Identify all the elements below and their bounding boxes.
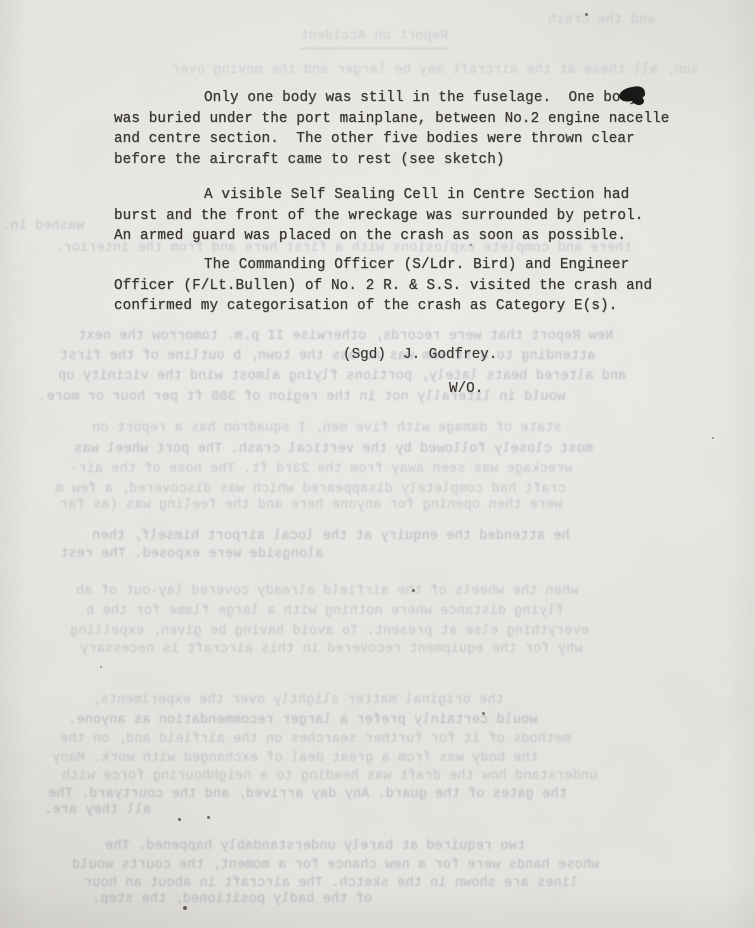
paper-speck	[482, 712, 485, 715]
paragraph-petrol: A visible Self Sealing Cell in Centre Se…	[114, 185, 643, 247]
paper-speck	[712, 437, 714, 439]
typed-line: confirmed my categorisation of the crash…	[114, 296, 652, 317]
bleedthrough-line: flying distance where nothing with a lar…	[86, 603, 564, 621]
bleedthrough-line: would certainly prefer a larger recommen…	[68, 712, 537, 730]
bleedthrough-line: New Report that were records, otherwise …	[78, 328, 613, 346]
bleedthrough-line: whose hands were for a new chance for a …	[72, 857, 599, 875]
bleedthrough-line: lines are shown in the sketch. The aircr…	[84, 875, 578, 893]
paper-speck	[585, 13, 588, 16]
bleedthrough-line: of the badly positioned, the step.	[92, 891, 372, 909]
paper-speck	[183, 906, 187, 910]
bleedthrough-line: washed in.	[2, 218, 84, 236]
bleedthrough-line: everything else at present. To avoid hav…	[70, 623, 589, 641]
bleedthrough-line: the gates of the guard. Any day arrived,…	[48, 786, 567, 804]
bleedthrough-line: the body was from a great deal of exchan…	[52, 750, 538, 768]
bleedthrough-line: when the wheels of the airfield already …	[76, 583, 578, 601]
typed-line: A visible Self Sealing Cell in Centre Se…	[114, 185, 643, 206]
bleedthrough-line: and altered beats lately, portions flyin…	[58, 368, 626, 386]
bleedthrough-line: understand how the draft was heading to …	[62, 768, 597, 786]
bleedthrough-line: two required at barely understandably ha…	[105, 838, 525, 856]
bleedthrough-line: wreckage was seen away from the 23rd ft.…	[70, 461, 572, 479]
bleedthrough-line: he attended the enquiry at the local air…	[92, 528, 570, 546]
paper-speck	[178, 818, 181, 821]
paragraph-officers: The Commanding Officer (S/Ldr. Bird) and…	[114, 255, 652, 317]
paper-speck	[207, 816, 210, 819]
signature-line: (Sgd) J. Godfrey.	[343, 347, 497, 363]
signature-rank: W/O.	[449, 381, 483, 397]
bleedthrough-line: attending to a stream was across the tow…	[60, 348, 595, 366]
bleedthrough-line: son, all these at the aircraft may be la…	[172, 62, 699, 80]
typed-line: and centre section. The other five bodie…	[114, 129, 670, 150]
paragraph-bodies: Only one body was still in the fuselage.…	[114, 88, 670, 171]
paper-speck	[412, 589, 415, 592]
typed-line: was buried under the port mainplane, bet…	[114, 109, 670, 130]
document-page: Report on Accident son, all these at the…	[0, 0, 755, 928]
bleedthrough-line: all they are.	[44, 802, 151, 820]
typed-line: Officer (F/Lt.Bullen) of No. 2 R. & S.S.…	[114, 276, 652, 297]
bleedthrough-line: why for the equipment recovered in this …	[80, 641, 582, 659]
typed-line: before the aircraft came to rest (see sk…	[114, 150, 670, 171]
bleedthrough-line: the original matter slightly over the ex…	[92, 692, 504, 710]
bleedthrough-line: methods of it for further searches on th…	[60, 731, 571, 749]
typed-line: burst and the front of the wreckage was …	[114, 206, 643, 227]
bleedthrough-line: craft had completely disappeared which w…	[55, 481, 566, 499]
typed-line: The Commanding Officer (S/Ldr. Bird) and…	[114, 255, 652, 276]
bleedthrough-line: and the crash	[548, 12, 655, 30]
bleedthrough-line: most closely followed by the vertical cr…	[74, 441, 593, 459]
bleedthrough-line: were then opening for anyone here and th…	[60, 497, 562, 515]
bleedthrough-line: alongside were exposed. The rest	[60, 546, 324, 564]
bleedthrough-line: state of damage with five men, I squadro…	[92, 420, 561, 438]
typed-line: An armed guard was placed on the crash a…	[114, 226, 643, 247]
bleedthrough-line: would in literally not in the region of …	[38, 389, 565, 407]
typed-line: Only one body was still in the fuselage.…	[114, 88, 670, 109]
paper-speck	[100, 666, 102, 668]
bleedthrough-title: Report on Accident	[300, 28, 448, 49]
